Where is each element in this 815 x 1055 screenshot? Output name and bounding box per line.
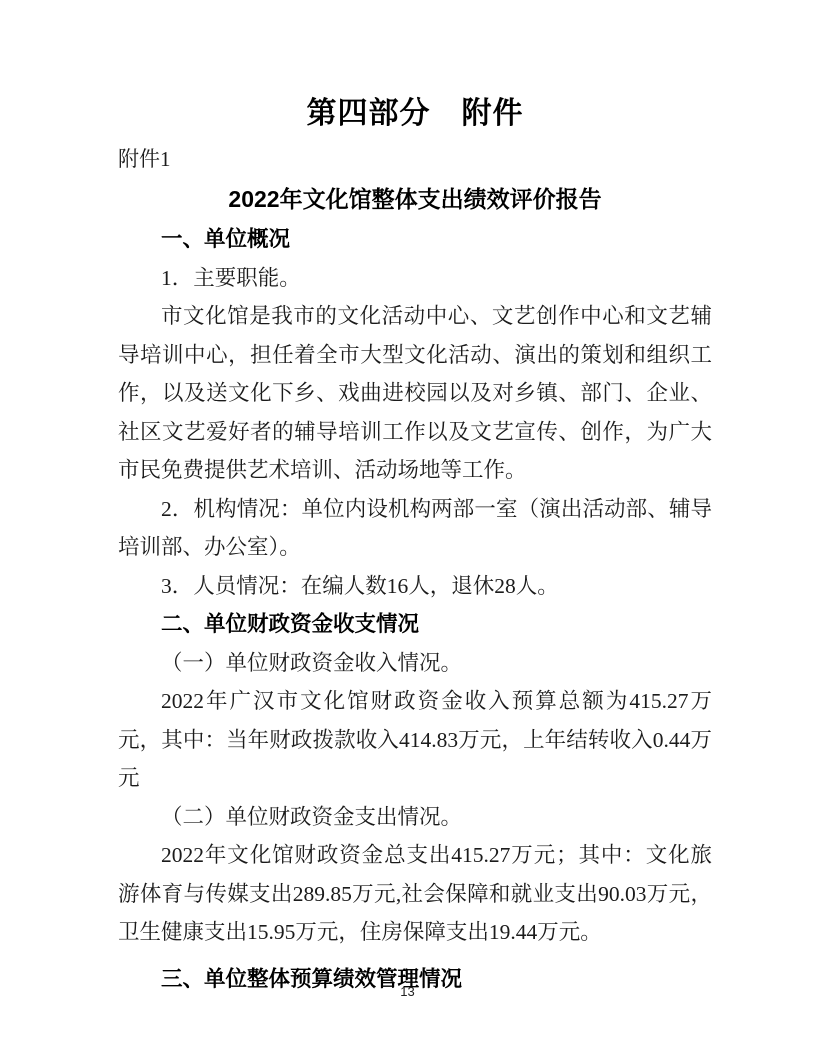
paragraph-main-functions-label: 1．主要职能。	[118, 259, 712, 298]
paragraph-expenditure-body: 2022年文化馆财政资金总支出415.27万元；其中：文化旅游体育与传媒支出28…	[118, 836, 712, 952]
paragraph-personnel: 3．人员情况：在编人数16人，退休28人。	[118, 567, 712, 606]
paragraph-organization: 2．机构情况：单位内设机构两部一室（演出活动部、辅导培训部、办公室）。	[118, 490, 712, 567]
report-title: 2022年文化馆整体支出绩效评价报告	[118, 182, 712, 216]
document-content: 第四部分 附件 附件1 2022年文化馆整体支出绩效评价报告 一、单位概况 1．…	[118, 92, 712, 998]
section-title: 第四部分 附件	[118, 92, 712, 136]
paragraph-income-label: （一）单位财政资金收入情况。	[118, 644, 712, 683]
paragraph-expenditure-label: （二）单位财政资金支出情况。	[118, 798, 712, 837]
page-number: 13	[0, 984, 815, 999]
attachment-label: 附件1	[118, 144, 712, 174]
heading-section-1: 一、单位概况	[118, 220, 712, 259]
paragraph-main-functions-body: 市文化馆是我市的文化活动中心、文艺创作中心和文艺辅导培训中心，担任着全市大型文化…	[118, 297, 712, 490]
heading-section-2: 二、单位财政资金收支情况	[118, 605, 712, 644]
paragraph-income-body: 2022年广汉市文化馆财政资金收入预算总额为415.27万元，其中：当年财政拨款…	[118, 682, 712, 798]
document-page: 第四部分 附件 附件1 2022年文化馆整体支出绩效评价报告 一、单位概况 1．…	[0, 0, 815, 1055]
